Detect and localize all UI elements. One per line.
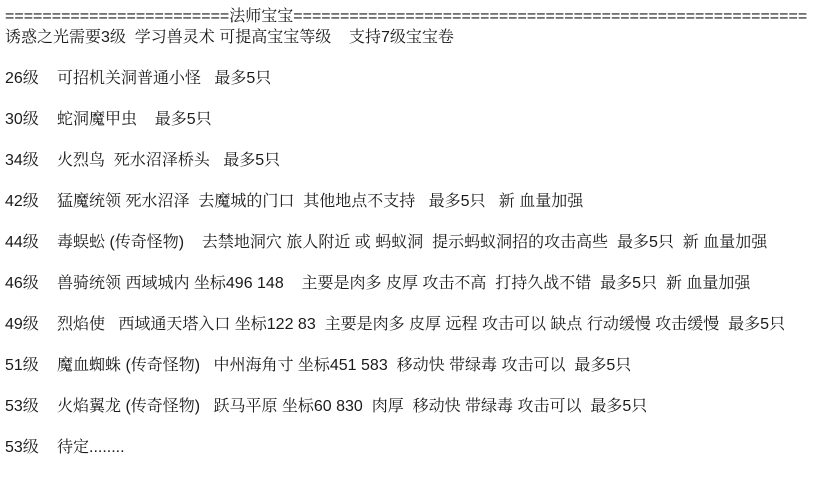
- pet-level: 51级: [5, 355, 57, 376]
- pet-entry: 30级蛇洞魔甲虫 最多5只: [5, 109, 819, 130]
- pet-entry: 42级猛魔统领 死水沼泽 去魔城的门口 其他地点不支持 最多5只 新 血量加强: [5, 191, 819, 212]
- pet-desc: 烈焰使 西域通天塔入口 坐标122 83 主要是肉多 皮厚 远程 攻击可以 缺点…: [57, 316, 785, 333]
- pet-entry: 51级魔血蜘蛛 (传奇怪物) 中州海角寸 坐标451 583 移动快 带绿毒 攻…: [5, 355, 819, 376]
- pet-level: 53级: [5, 437, 57, 458]
- section-divider: ========================法师宝宝============…: [5, 6, 819, 27]
- pet-level: 53级: [5, 396, 57, 417]
- pet-desc: 魔血蜘蛛 (传奇怪物) 中州海角寸 坐标451 583 移动快 带绿毒 攻击可以…: [57, 357, 631, 374]
- pet-entry: 34级火烈鸟 死水沼泽桥头 最多5只: [5, 150, 819, 171]
- pet-desc: 可招机关洞普通小怪 最多5只: [57, 70, 271, 87]
- pet-desc: 火焰翼龙 (传奇怪物) 跃马平原 坐标60 830 肉厚 移动快 带绿毒 攻击可…: [57, 398, 647, 415]
- pet-entry: 53级火焰翼龙 (传奇怪物) 跃马平原 坐标60 830 肉厚 移动快 带绿毒 …: [5, 396, 819, 417]
- pet-notes-document: ========================法师宝宝============…: [0, 0, 819, 477]
- pet-entry: 53级待定........: [5, 437, 819, 458]
- pet-entry: 49级烈焰使 西域通天塔入口 坐标122 83 主要是肉多 皮厚 远程 攻击可以…: [5, 314, 819, 335]
- pet-entry-list: 26级可招机关洞普通小怪 最多5只 30级蛇洞魔甲虫 最多5只 34级火烈鸟 死…: [5, 68, 819, 458]
- pet-desc: 猛魔统领 死水沼泽 去魔城的门口 其他地点不支持 最多5只 新 血量加强: [57, 193, 583, 210]
- pet-level: 49级: [5, 314, 57, 335]
- pet-desc: 火烈鸟 死水沼泽桥头 最多5只: [57, 152, 280, 169]
- pet-entry: 46级兽骑统领 西域城内 坐标496 148 主要是肉多 皮厚 攻击不高 打持久…: [5, 273, 819, 294]
- pet-level: 46级: [5, 273, 57, 294]
- pet-desc: 待定........: [57, 439, 125, 456]
- pet-desc: 兽骑统领 西域城内 坐标496 148 主要是肉多 皮厚 攻击不高 打持久战不错…: [57, 275, 750, 292]
- pet-level: 30级: [5, 109, 57, 130]
- pet-desc: 毒蜈蚣 (传奇怪物) 去禁地洞穴 旅人附近 或 蚂蚁洞 提示蚂蚁洞招的攻击高些 …: [57, 234, 767, 251]
- pet-level: 34级: [5, 150, 57, 171]
- pet-level: 42级: [5, 191, 57, 212]
- pet-level: 26级: [5, 68, 57, 89]
- pet-level: 44级: [5, 232, 57, 253]
- pet-desc: 蛇洞魔甲虫 最多5只: [57, 111, 212, 128]
- pet-entry: 26级可招机关洞普通小怪 最多5只: [5, 68, 819, 89]
- intro-line: 诱惑之光需要3级 学习兽灵术 可提高宝宝等级 支持7级宝宝卷: [5, 27, 819, 48]
- pet-entry: 44级毒蜈蚣 (传奇怪物) 去禁地洞穴 旅人附近 或 蚂蚁洞 提示蚂蚁洞招的攻击…: [5, 232, 819, 253]
